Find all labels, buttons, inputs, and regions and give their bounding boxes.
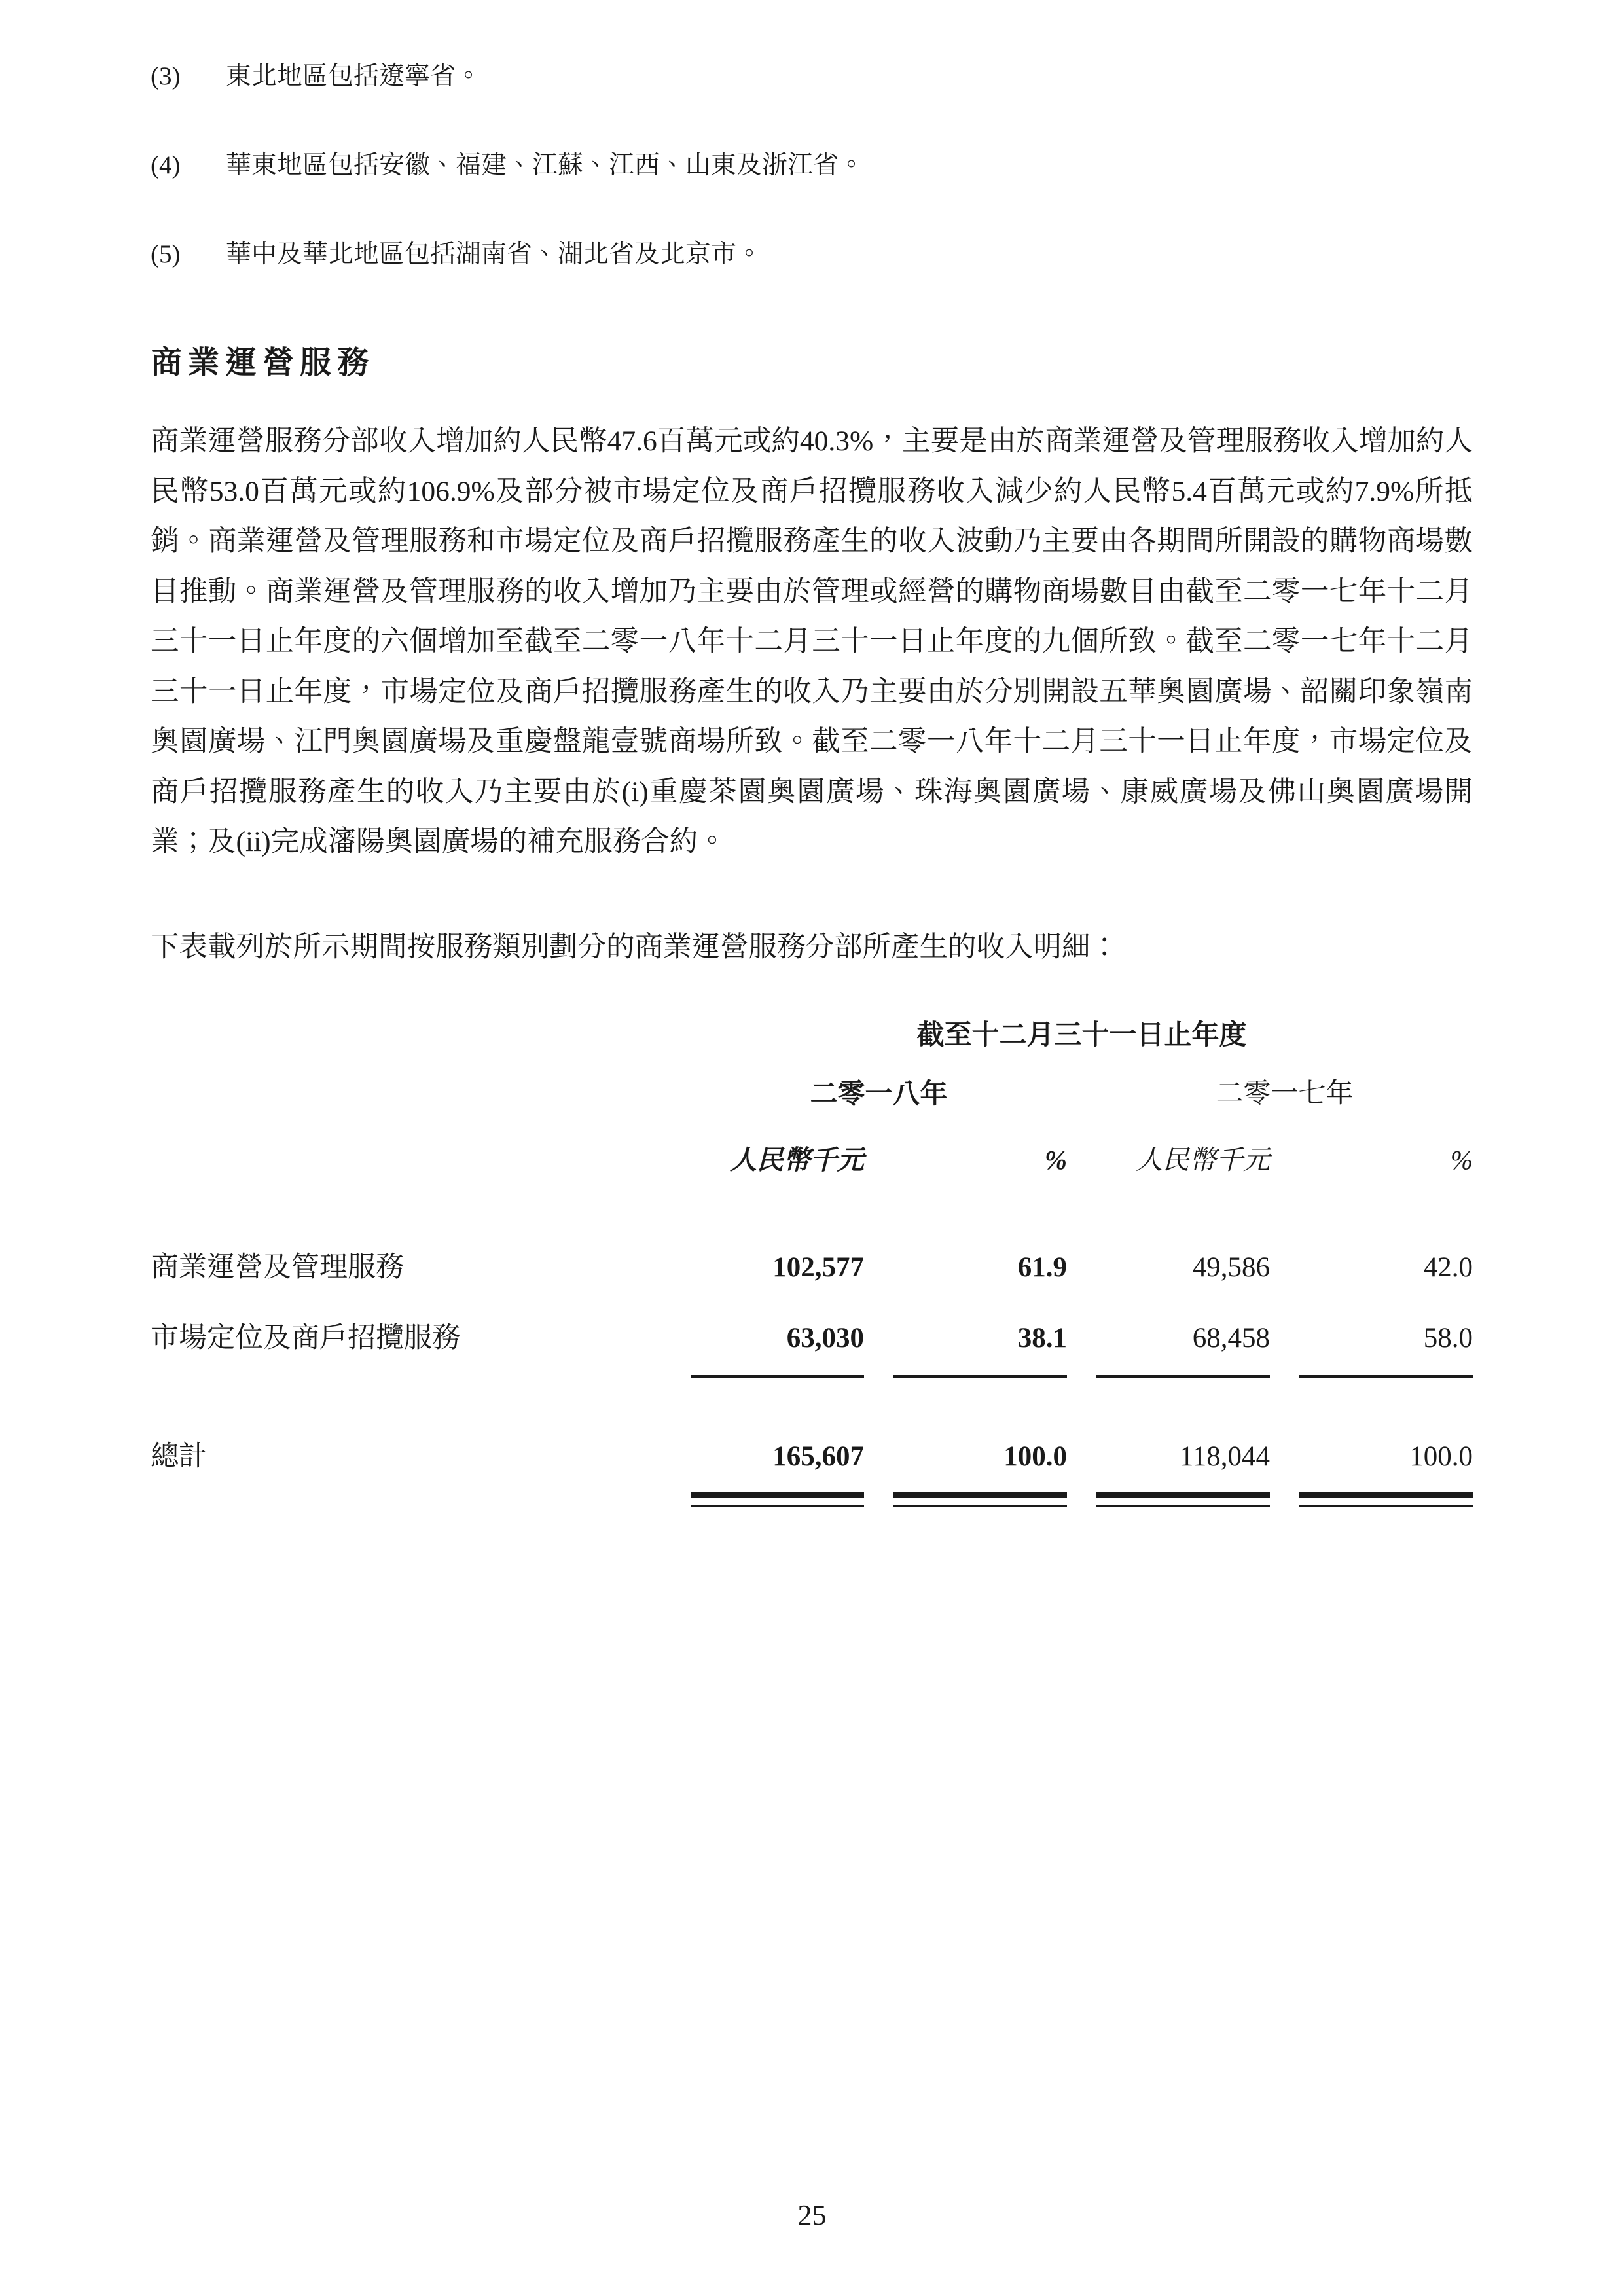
section-heading: 商業運營服務 bbox=[151, 344, 1473, 382]
table-span-header-row: 截至十二月三十一日止年度 bbox=[151, 1019, 1473, 1050]
footnote-text: 華東地區包括安徽、福建、江蘇、江西、山東及浙江省。 bbox=[226, 149, 1473, 182]
table-span-header: 截至十二月三十一日止年度 bbox=[691, 1019, 1473, 1050]
total-label: 總計 bbox=[151, 1434, 661, 1474]
footnotes: (3) 東北地區包括遼寧省。 (4) 華東地區包括安徽、福建、江蘇、江西、山東及… bbox=[151, 0, 1473, 271]
table-subtotal-rule-row bbox=[151, 1375, 1473, 1380]
footnote-number: (3) bbox=[151, 60, 226, 93]
footnote-number: (5) bbox=[151, 238, 226, 271]
cell-2018-pct: 38.1 bbox=[893, 1322, 1067, 1354]
cell-2018-value: 63,030 bbox=[691, 1322, 864, 1354]
cell-2017-pct: 42.0 bbox=[1299, 1251, 1473, 1283]
footnote-5: (5) 華中及華北地區包括湖南省、湖北省及北京市。 bbox=[151, 238, 1473, 271]
single-rule bbox=[691, 1375, 864, 1380]
single-rule bbox=[1299, 1375, 1473, 1380]
unit-header-2017-pct: % bbox=[1299, 1144, 1473, 1175]
total-2017-pct: 100.0 bbox=[1299, 1441, 1473, 1473]
report-page: (3) 東北地區包括遼寧省。 (4) 華東地區包括安徽、福建、江蘇、江西、山東及… bbox=[0, 0, 1624, 2296]
single-rule bbox=[1096, 1375, 1270, 1380]
page-content: (3) 東北地區包括遼寧省。 (4) 華東地區包括安徽、福建、江蘇、江西、山東及… bbox=[0, 0, 1624, 1507]
table-total-row: 總計 165,607 100.0 118,044 100.0 bbox=[151, 1434, 1473, 1474]
table-intro-sentence: 下表載列於所示期間按服務類別劃分的商業運營服務分部所產生的收入明細： bbox=[151, 930, 1473, 964]
spacer bbox=[1067, 1078, 1096, 1109]
footnote-text: 華中及華北地區包括湖南省、湖北省及北京市。 bbox=[226, 238, 1473, 271]
footnote-4: (4) 華東地區包括安徽、福建、江蘇、江西、山東及浙江省。 bbox=[151, 149, 1473, 182]
table-row: 市場定位及商戶招攬服務 63,030 38.1 68,458 58.0 bbox=[151, 1316, 1473, 1355]
footnote-text: 東北地區包括遼寧省。 bbox=[226, 60, 1473, 93]
table-row: 商業運營及管理服務 102,577 61.9 49,586 42.0 bbox=[151, 1245, 1473, 1285]
unit-header-2017-rmb: 人民幣千元 bbox=[1096, 1138, 1270, 1177]
cell-2017-value: 68,458 bbox=[1096, 1322, 1270, 1354]
total-2018-value: 165,607 bbox=[691, 1441, 864, 1473]
cell-2018-value: 102,577 bbox=[691, 1251, 864, 1283]
body-paragraph: 商業運營服務分部收入增加約人民幣47.6百萬元或約40.3%，主要是由於商業運營… bbox=[151, 416, 1473, 867]
cell-2017-pct: 58.0 bbox=[1299, 1322, 1473, 1354]
row-label: 商業運營及管理服務 bbox=[151, 1245, 661, 1285]
table-year-header-row: 二零一八年 二零一七年 bbox=[151, 1078, 1473, 1109]
cell-2018-pct: 61.9 bbox=[893, 1251, 1067, 1283]
column-header-year-2018: 二零一八年 bbox=[691, 1078, 1067, 1109]
row-label: 市場定位及商戶招攬服務 bbox=[151, 1316, 661, 1355]
unit-header-2018-rmb: 人民幣千元 bbox=[691, 1138, 864, 1177]
double-rule bbox=[1096, 1492, 1270, 1507]
table-grand-total-rule-row bbox=[151, 1492, 1473, 1507]
double-rule bbox=[1299, 1492, 1473, 1507]
single-rule bbox=[893, 1375, 1067, 1380]
cell-2017-value: 49,586 bbox=[1096, 1251, 1270, 1283]
page-number: 25 bbox=[0, 2198, 1624, 2232]
table-unit-header-row: 人民幣千元 % 人民幣千元 % bbox=[151, 1138, 1473, 1177]
total-2017-value: 118,044 bbox=[1096, 1441, 1270, 1473]
unit-header-2018-pct: % bbox=[893, 1144, 1067, 1175]
double-rule bbox=[691, 1492, 864, 1507]
spacer bbox=[151, 1019, 691, 1050]
column-header-year-2017: 二零一七年 bbox=[1096, 1078, 1473, 1109]
double-rule bbox=[893, 1492, 1067, 1507]
revenue-breakdown-table: 截至十二月三十一日止年度 二零一八年 二零一七年 人民幣千元 % 人民幣千元 %… bbox=[151, 1019, 1473, 1507]
footnote-3: (3) 東北地區包括遼寧省。 bbox=[151, 60, 1473, 93]
footnote-number: (4) bbox=[151, 149, 226, 182]
spacer bbox=[151, 1078, 691, 1109]
total-2018-pct: 100.0 bbox=[893, 1441, 1067, 1473]
